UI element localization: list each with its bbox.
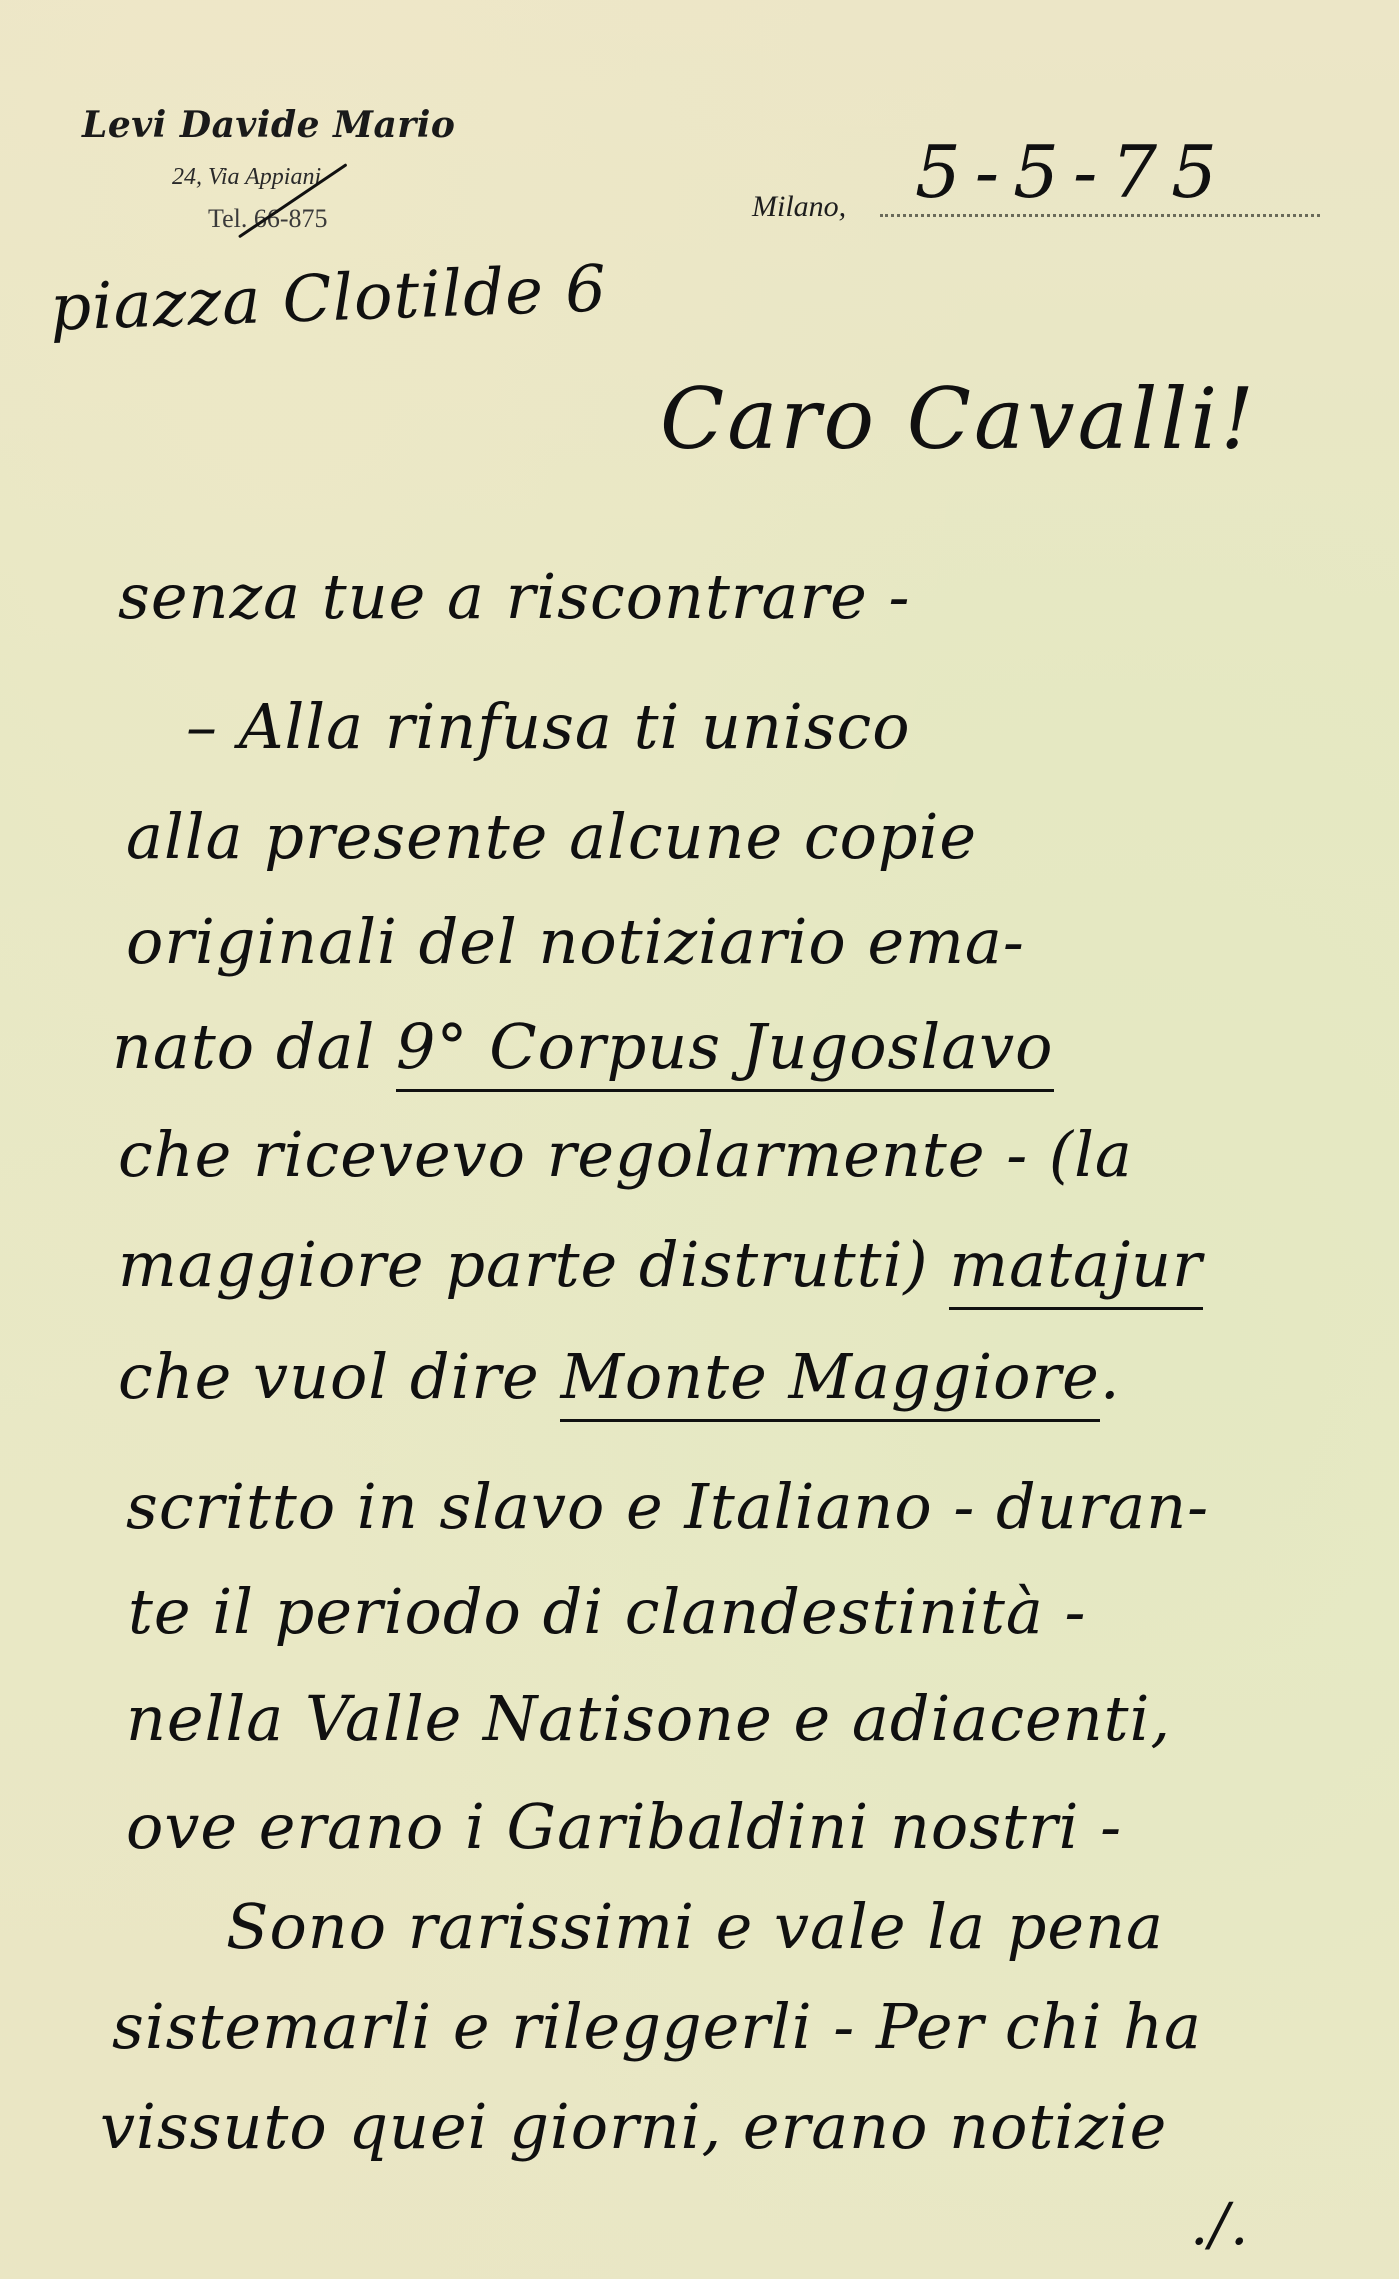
body-line: te il periodo di clandestinità -: [128, 1575, 1087, 1648]
body-line: – Alla rinfusa ti unisco: [186, 690, 911, 763]
underlined-translation: Monte Maggiore: [560, 1340, 1099, 1422]
body-line: Sono rarissimi e vale la pena: [226, 1890, 1164, 1963]
underlined-corps-name: 9° Corpus Jugoslavo: [396, 1010, 1053, 1092]
body-line: nella Valle Natisone e adiacenti,: [126, 1682, 1171, 1755]
body-line: scritto in slavo e Italiano - duran-: [126, 1470, 1209, 1543]
body-line: alla presente alcune copie: [126, 800, 977, 873]
body-line-text: nato dal: [112, 1010, 396, 1083]
body-line: che vuol dire Monte Maggiore.: [118, 1340, 1121, 1413]
body-line: senza tue a riscontrare -: [118, 560, 910, 633]
body-line: maggiore parte distrutti) matajur: [118, 1228, 1203, 1301]
greeting: Caro Cavalli!: [660, 370, 1257, 468]
city-label: Milano,: [752, 190, 846, 224]
continuation-mark: ./.: [1190, 2190, 1249, 2258]
underlined-newsletter-name: matajur: [949, 1228, 1202, 1310]
body-line: originali del notiziario ema-: [126, 905, 1025, 978]
body-line-text: maggiore parte distrutti): [118, 1228, 949, 1301]
body-line: che ricevevo regolarmente - (la: [118, 1118, 1133, 1191]
body-line: nato dal 9° Corpus Jugoslavo: [112, 1010, 1054, 1083]
body-line: ove erano i Garibaldini nostri -: [126, 1790, 1122, 1863]
body-line: vissuto quei giorni, erano notizie: [100, 2090, 1167, 2163]
body-line-text: che vuol dire: [118, 1340, 560, 1413]
handwritten-date: 5-5-75: [915, 130, 1231, 214]
letterhead-name: Levi Davide Mario: [82, 104, 455, 146]
letterhead-address: 24, Via Appiani: [172, 164, 321, 191]
date-dotted-line: [880, 214, 1320, 217]
body-line: sistemarli e rileggerli - Per chi ha: [112, 1990, 1202, 2063]
